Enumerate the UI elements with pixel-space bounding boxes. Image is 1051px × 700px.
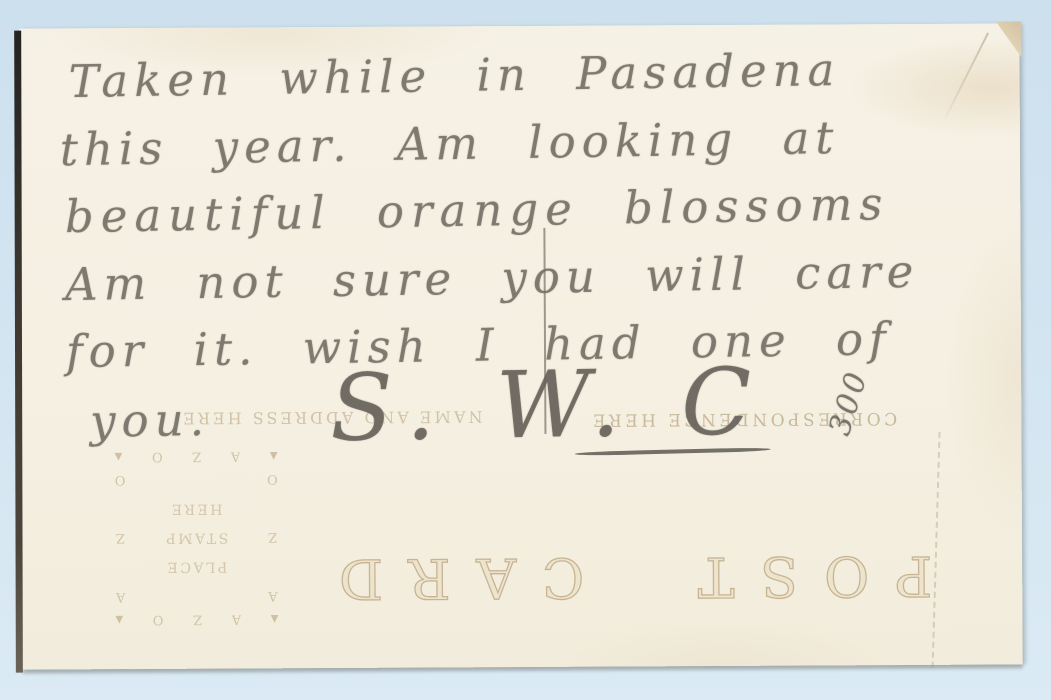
message-line-3: beautiful orange blossoms <box>64 177 889 243</box>
message-line-2: this year. Am looking at <box>59 111 839 176</box>
handwritten-message: Taken while in Pasadena this year. Am lo… <box>16 18 1026 675</box>
message-line-4: Am not sure you will care <box>65 245 920 311</box>
pencil-price-note: 300 <box>822 366 875 440</box>
signature: S. W. C <box>329 348 768 462</box>
message-line-6: you. <box>90 393 211 448</box>
postcard: CORRESPONDENCE HERE NAME AND ADDRESS HER… <box>19 23 1022 669</box>
message-line-1: Taken while in Pasadena <box>68 43 840 108</box>
